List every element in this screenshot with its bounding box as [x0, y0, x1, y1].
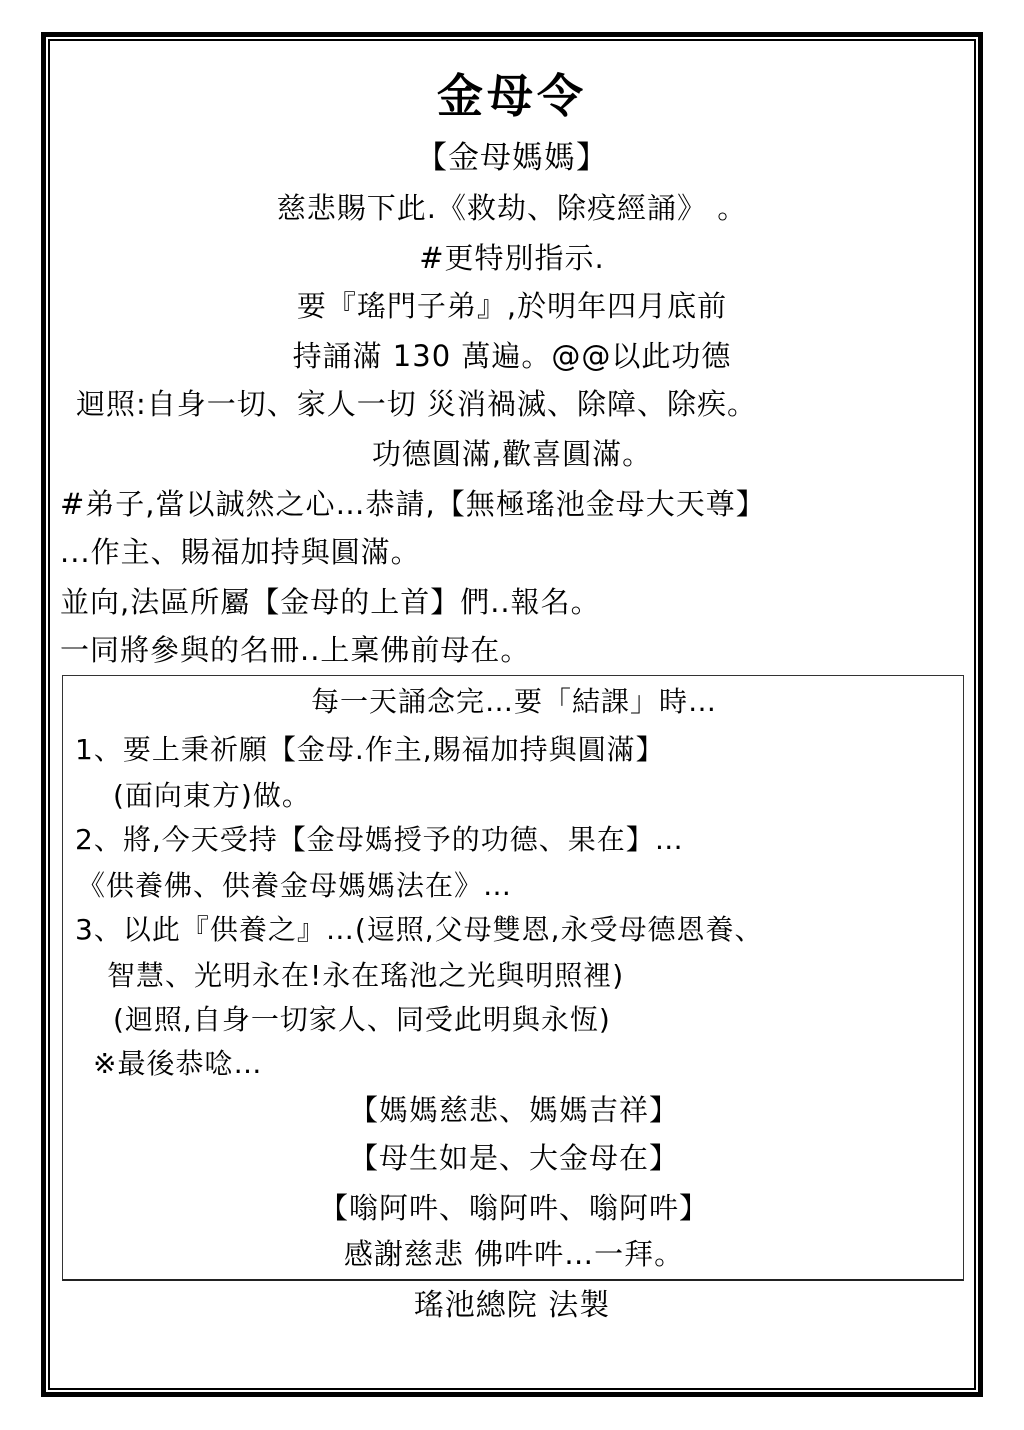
signature: 瑤池總院 法製: [0, 1286, 1024, 1326]
step-line: 《供養佛、供養金母媽媽法在》…: [77, 866, 512, 906]
closing-ritual-box: 每一天誦念完…要「結課」時… 1、要上秉祈願【金母.作主,賜福加持與圓滿】 (面…: [62, 675, 964, 1281]
chant-line: 【母生如是、大金母在】: [63, 1138, 965, 1178]
intro-line: #更特別指示.: [0, 238, 1024, 278]
body-line: 並向,法區所屬【金母的上首】們..報名。: [60, 582, 601, 622]
body-line: ...作主、賜福加持與圓滿。: [60, 532, 421, 572]
intro-line: 慈悲賜下此.《救劫、除疫經誦》 。: [0, 188, 1024, 228]
body-line: #弟子,當以誠然之心…恭請,【無極瑤池金母大天尊】: [60, 484, 766, 524]
step-line: (面向東方)做。: [113, 776, 311, 816]
box-heading: 每一天誦念完…要「結課」時…: [63, 682, 965, 722]
step-line: 3、以此『供養之』…(逗照,父母雙恩,永受母德恩養、: [75, 910, 764, 950]
subtitle: 【金母媽媽】: [0, 138, 1024, 178]
document-title: 金母令: [0, 66, 1024, 126]
intro-line: 功德圓滿,歡喜圓滿。: [0, 434, 1024, 474]
intro-line: 持誦滿 130 萬遍。@@以此功德: [0, 336, 1024, 376]
step-line: 1、要上秉祈願【金母.作主,賜福加持與圓滿】: [75, 730, 665, 770]
step-line: (迴照,自身一切家人、同受此明與永恆): [113, 1000, 611, 1040]
chant-line: 感謝慈悲 佛吽吽…一拜。: [63, 1234, 965, 1274]
body-line: 一同將參與的名冊..上稟佛前母在。: [60, 630, 530, 670]
intro-line: 迴照:自身一切、家人一切 災消禍滅、除障、除疾。: [76, 384, 757, 424]
step-line: 智慧、光明永在!永在瑤池之光與明照裡): [107, 956, 624, 996]
step-line: 2、將,今天受持【金母媽授予的功德、果在】…: [75, 820, 684, 860]
chant-line: 【嗡阿吽、嗡阿吽、嗡阿吽】: [63, 1188, 965, 1228]
chant-line: 【媽媽慈悲、媽媽吉祥】: [63, 1090, 965, 1130]
intro-line: 要『瑤門子弟』,於明年四月底前: [0, 286, 1024, 326]
step-line: ※最後恭唸…: [93, 1044, 262, 1084]
